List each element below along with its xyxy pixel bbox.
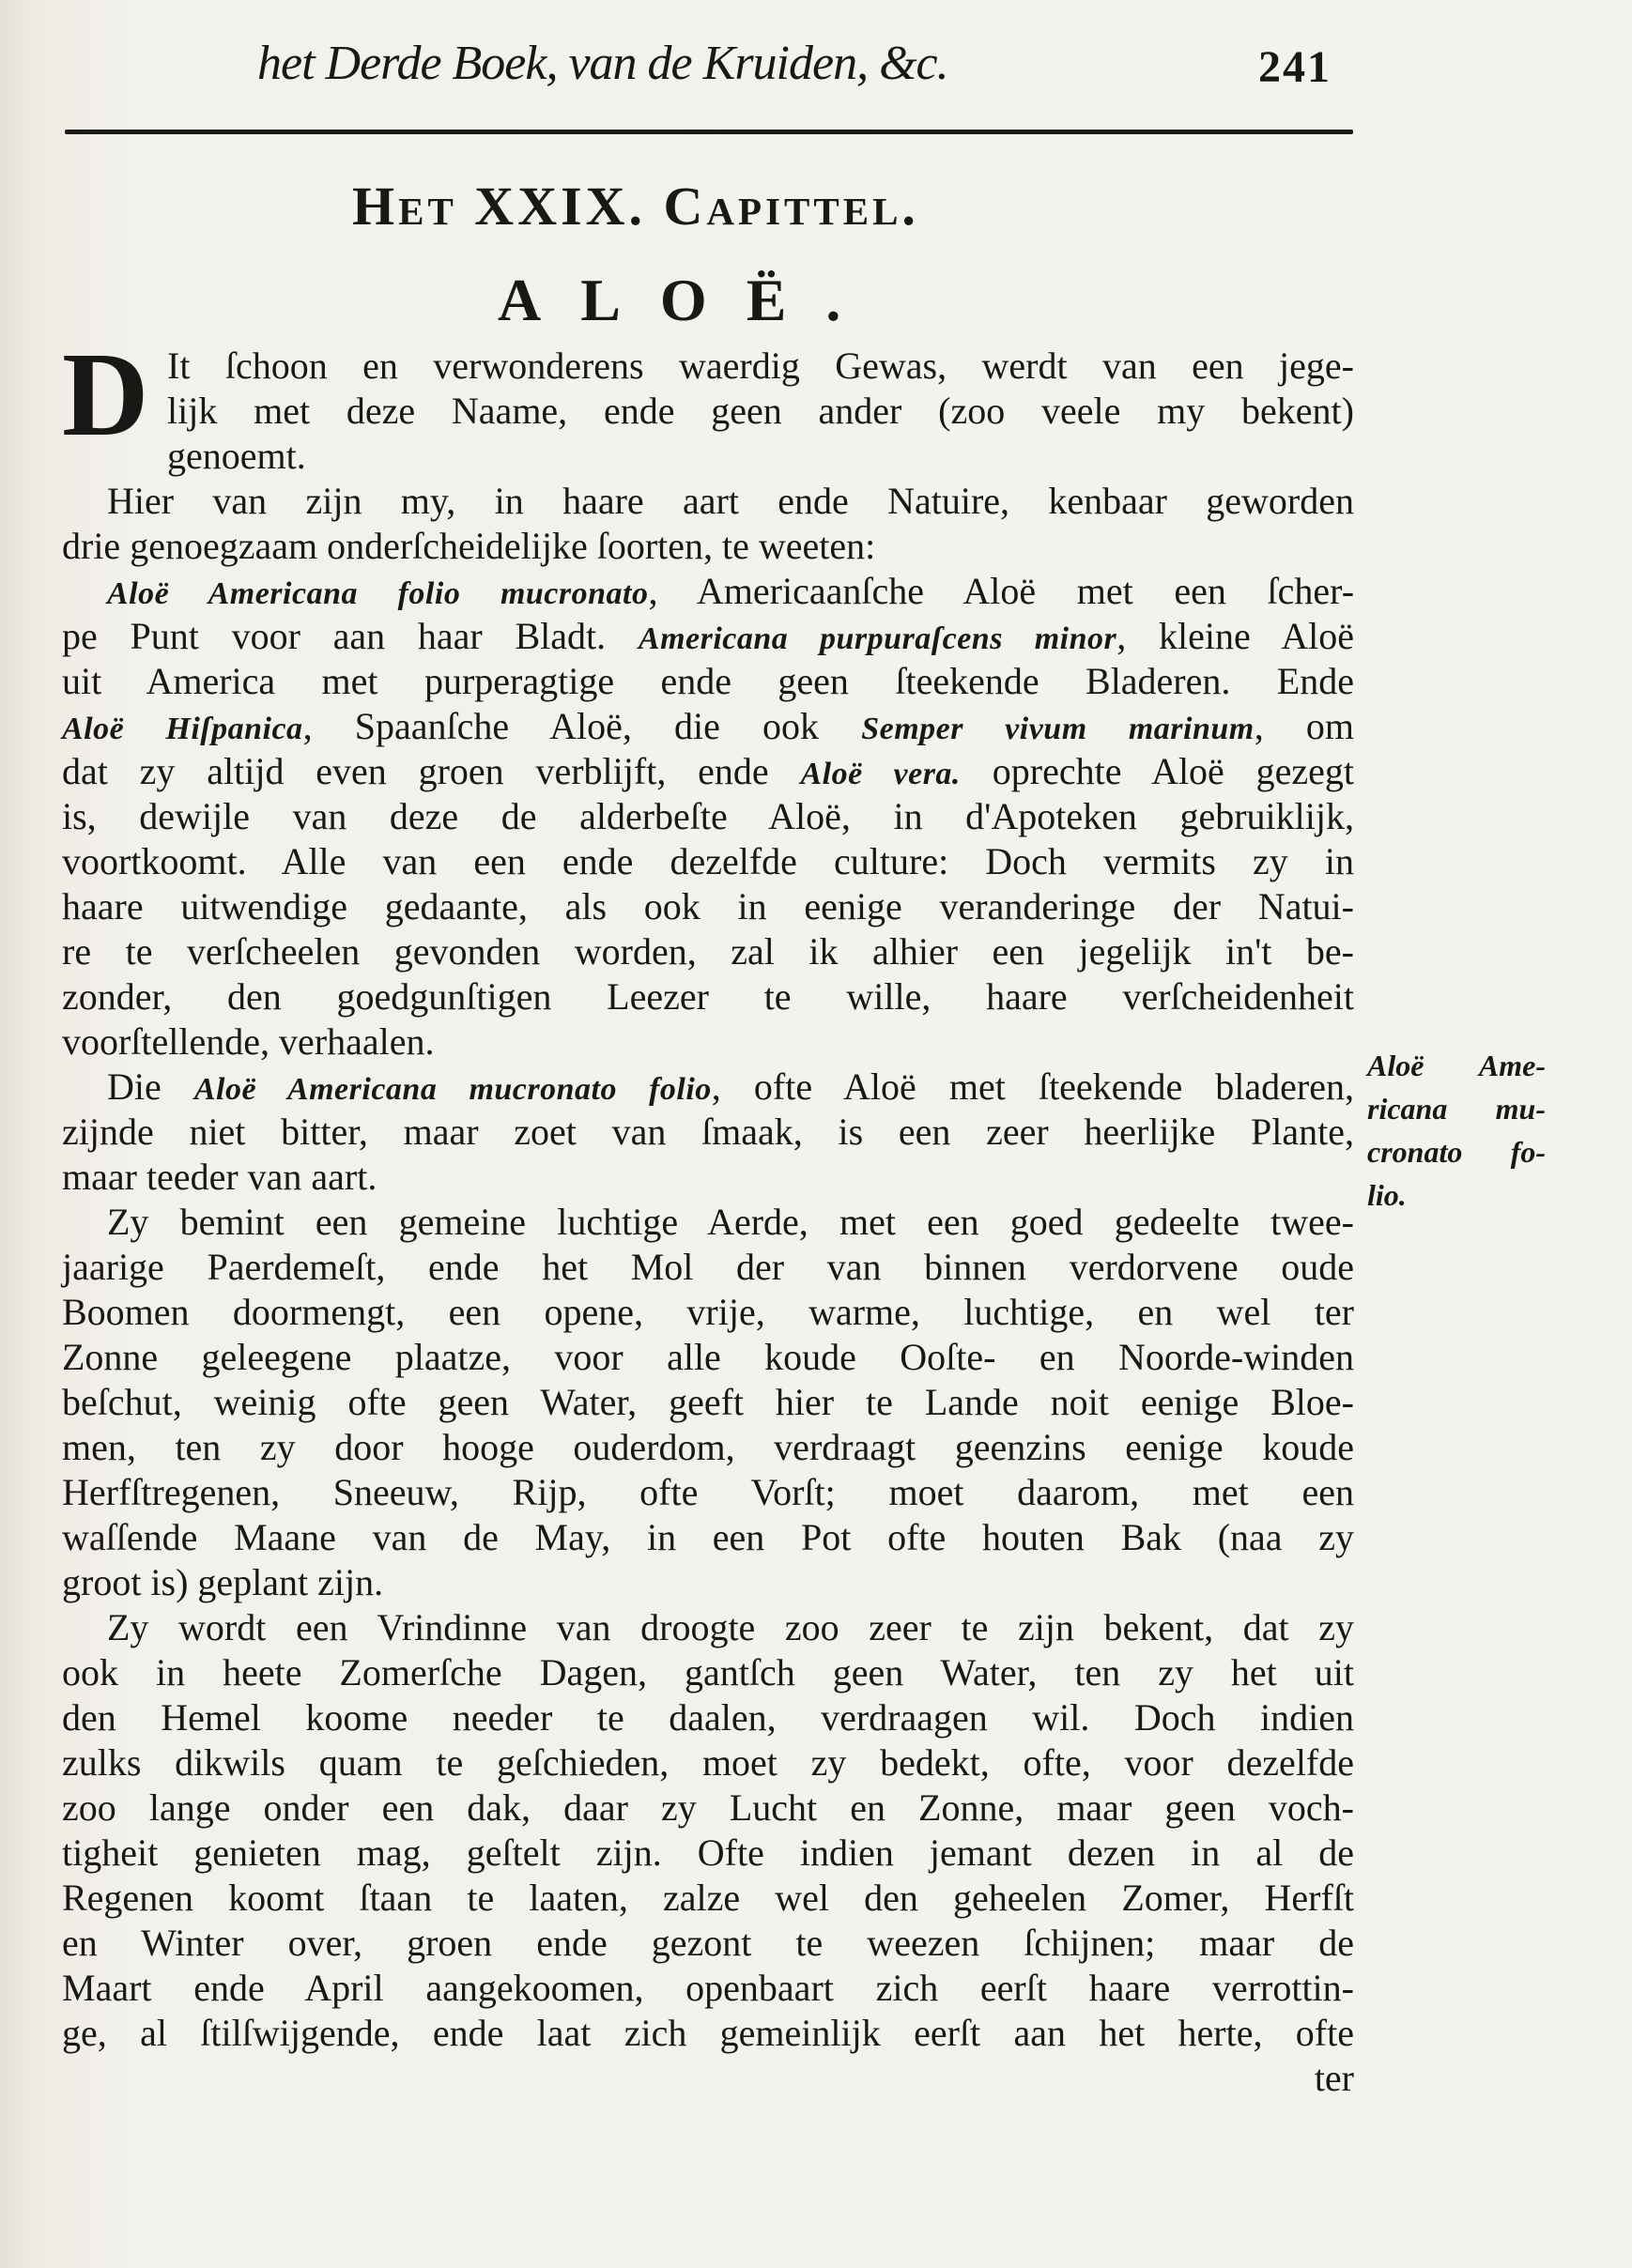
text-run: zoo lange onder een dak, daar zy Lucht e… — [62, 1786, 1354, 1829]
text-run: , Spaanſche Aloë, die ook — [303, 705, 862, 747]
text-line: waſſende Maane van de May, in een Pot of… — [62, 1515, 1354, 1560]
text-line: Die Aloë Americana mucronato folio, ofte… — [62, 1065, 1354, 1110]
text-run: , kleine Aloë — [1116, 615, 1354, 657]
text-run: dat zy altijd even groen verblijft, ende — [62, 750, 800, 792]
text-lines: It ſchoon en verwonderens waerdig Gewas,… — [62, 344, 1354, 2101]
text-run: maar teeder van aart. — [62, 1156, 377, 1198]
body-text: D It ſchoon en verwonderens waerdig Gewa… — [62, 344, 1354, 2101]
text-run: Herfſtregenen, Sneeuw, Rijp, ofte Vorſt;… — [62, 1471, 1354, 1513]
margin-note-line: Aloë Ame- — [1367, 1044, 1546, 1087]
chapter-title: Het XXIX. Capittel. — [0, 175, 1632, 238]
margin-note-line: lio. — [1367, 1173, 1546, 1217]
text-line: Regenen koomt ſtaan te laaten, zalze wel… — [62, 1876, 1354, 1921]
text-run: uit America met purperagtige ende geen ſ… — [62, 660, 1354, 702]
text-run: ook in heete Zomerſche Dagen, gantſch ge… — [62, 1651, 1354, 1693]
text-run: men, ten zy door hooge ouderdom, verdraa… — [62, 1426, 1354, 1468]
text-run: zonder, den goedgunſtigen Leezer te will… — [62, 975, 1354, 1018]
text-run: jaarige Paerdemeſt, ende het Mol der van… — [62, 1246, 1354, 1288]
drop-cap: D — [62, 347, 148, 441]
latin-name: Aloë Hiſpanica — [62, 712, 303, 746]
latin-name: Semper vivum marinum — [861, 712, 1254, 746]
text-line: Zy bemint een gemeine luchtige Aerde, me… — [62, 1200, 1354, 1245]
section-title: ALOË. — [498, 266, 880, 335]
text-run: ge, al ſtilſwijgende, ende laat zich gem… — [62, 2012, 1354, 2054]
text-line: groot is) geplant zijn. — [62, 1560, 1354, 1605]
book-page: het Derde Boek, van de Kruiden, &c. 241 … — [0, 0, 1632, 2268]
text-run: , om — [1255, 705, 1354, 747]
text-run: beſchut, weinig ofte geen Water, geeft h… — [62, 1381, 1354, 1423]
text-run: , ofte Aloë met ſteekende bladeren, — [712, 1065, 1354, 1108]
latin-name: Aloë Americana folio mucronato — [107, 576, 649, 611]
latin-name: Aloë Americana mucronato folio — [194, 1072, 712, 1107]
text-run: lijk met deze Naame, ende geen ander (zo… — [167, 390, 1354, 432]
text-line: Boomen doormengt, een opene, vrije, warm… — [62, 1290, 1354, 1335]
text-run: en Winter over, groen ende gezont te wee… — [62, 1922, 1354, 1964]
text-line: Maart ende April aangekoomen, openbaart … — [62, 1966, 1354, 2011]
margin-note: Aloë Ame-ricana mu-cronato fo-lio. — [1367, 1044, 1546, 1217]
text-run: Zy bemint een gemeine luchtige Aerde, me… — [107, 1201, 1354, 1243]
text-line: Aloë Americana folio mucronato, Americaa… — [62, 569, 1354, 614]
text-run: Regenen koomt ſtaan te laaten, zalze wel… — [62, 1877, 1354, 1919]
latin-name: Aloë vera. — [800, 757, 960, 791]
text-line: genoemt. — [62, 434, 1354, 479]
text-line: zulks dikwils quam te geſchieden, moet z… — [62, 1740, 1354, 1785]
text-line: is, dewijle van deze de alderbeſte Aloë,… — [62, 794, 1354, 839]
text-line: dat zy altijd even groen verblijft, ende… — [62, 749, 1354, 794]
text-run: It ſchoon en verwonderens waerdig Gewas,… — [167, 345, 1354, 387]
text-line: voorſtellende, verhaalen. — [62, 1019, 1354, 1065]
text-run: waſſende Maane van de May, in een Pot of… — [62, 1516, 1354, 1558]
text-run: groot is) geplant zijn. — [62, 1561, 383, 1603]
text-run: pe Punt voor aan haar Bladt. — [62, 615, 639, 657]
margin-note-line: cronato fo- — [1367, 1130, 1546, 1173]
text-line: maar teeder van aart. — [62, 1155, 1354, 1200]
text-run: tigheit genieten mag, geſtelt zijn. Ofte… — [62, 1831, 1354, 1874]
text-line: Zonne geleegene plaatze, voor alle koude… — [62, 1335, 1354, 1380]
text-run: Boomen doormengt, een opene, vrije, warm… — [62, 1291, 1354, 1333]
text-line: lijk met deze Naame, ende geen ander (zo… — [62, 389, 1354, 434]
text-line: men, ten zy door hooge ouderdom, verdraa… — [62, 1425, 1354, 1470]
page-number: 241 — [1258, 41, 1332, 93]
text-line: pe Punt voor aan haar Bladt. Americana p… — [62, 614, 1354, 659]
text-line: jaarige Paerdemeſt, ende het Mol der van… — [62, 1245, 1354, 1290]
latin-name: Americana purpuraſcens minor — [639, 621, 1116, 656]
text-run: ter — [1315, 2057, 1354, 2099]
text-line: zonder, den goedgunſtigen Leezer te will… — [62, 974, 1354, 1019]
text-run: oprechte Aloë gezegt — [961, 750, 1354, 792]
text-run: Zonne geleegene plaatze, voor alle koude… — [62, 1336, 1354, 1378]
text-run: den Hemel koome needer te daalen, verdra… — [62, 1696, 1354, 1739]
text-line: en Winter over, groen ende gezont te wee… — [62, 1921, 1354, 1966]
margin-note-line: ricana mu- — [1367, 1087, 1546, 1130]
text-run: Die — [107, 1065, 194, 1108]
text-run: Hier van zijn my, in haare aart ende Nat… — [107, 480, 1354, 522]
text-line: beſchut, weinig ofte geen Water, geeft h… — [62, 1380, 1354, 1425]
text-run: Maart ende April aangekoomen, openbaart … — [62, 1967, 1354, 2009]
text-run: Zy wordt een Vrindinne van droogte zoo z… — [107, 1606, 1354, 1648]
text-line: tigheit genieten mag, geſtelt zijn. Ofte… — [62, 1831, 1354, 1876]
text-run: zijnde niet bitter, maar zoet van ſmaak,… — [62, 1111, 1354, 1153]
text-line: zoo lange onder een dak, daar zy Lucht e… — [62, 1785, 1354, 1831]
text-run: re te verſcheelen gevonden worden, zal i… — [62, 930, 1354, 973]
text-line: drie genoegzaam onderſcheidelijke ſoorte… — [62, 524, 1354, 569]
text-line: re te verſcheelen gevonden worden, zal i… — [62, 929, 1354, 974]
text-line: den Hemel koome needer te daalen, verdra… — [62, 1695, 1354, 1740]
text-line: haare uitwendige gedaante, als ook in ee… — [62, 884, 1354, 929]
text-run: is, dewijle van deze de alderbeſte Aloë,… — [62, 795, 1354, 837]
text-line: uit America met purperagtige ende geen ſ… — [62, 659, 1354, 704]
text-line: zijnde niet bitter, maar zoet van ſmaak,… — [62, 1110, 1354, 1155]
text-line: ter — [62, 2056, 1354, 2101]
running-head-title: het Derde Boek, van de Kruiden, &c. — [257, 36, 1121, 91]
text-line: It ſchoon en verwonderens waerdig Gewas,… — [62, 344, 1354, 389]
text-line: Herfſtregenen, Sneeuw, Rijp, ofte Vorſt;… — [62, 1470, 1354, 1515]
text-line: Hier van zijn my, in haare aart ende Nat… — [62, 479, 1354, 524]
text-run: voortkoomt. Alle van een ende dezelfde c… — [62, 840, 1354, 882]
text-line: ge, al ſtilſwijgende, ende laat zich gem… — [62, 2011, 1354, 2056]
text-line: Aloë Hiſpanica, Spaanſche Aloë, die ook … — [62, 704, 1354, 749]
text-run: voorſtellende, verhaalen. — [62, 1020, 434, 1063]
header-rule — [65, 130, 1353, 134]
text-run: drie genoegzaam onderſcheidelijke ſoorte… — [62, 525, 875, 567]
text-run: genoemt. — [167, 435, 306, 477]
text-run: zulks dikwils quam te geſchieden, moet z… — [62, 1741, 1354, 1784]
text-line: voortkoomt. Alle van een ende dezelfde c… — [62, 839, 1354, 884]
text-line: ook in heete Zomerſche Dagen, gantſch ge… — [62, 1650, 1354, 1695]
text-line: Zy wordt een Vrindinne van droogte zoo z… — [62, 1605, 1354, 1650]
text-run: , Americaanſche Aloë met een ſcher- — [649, 570, 1355, 612]
text-run: haare uitwendige gedaante, als ook in ee… — [62, 885, 1354, 927]
